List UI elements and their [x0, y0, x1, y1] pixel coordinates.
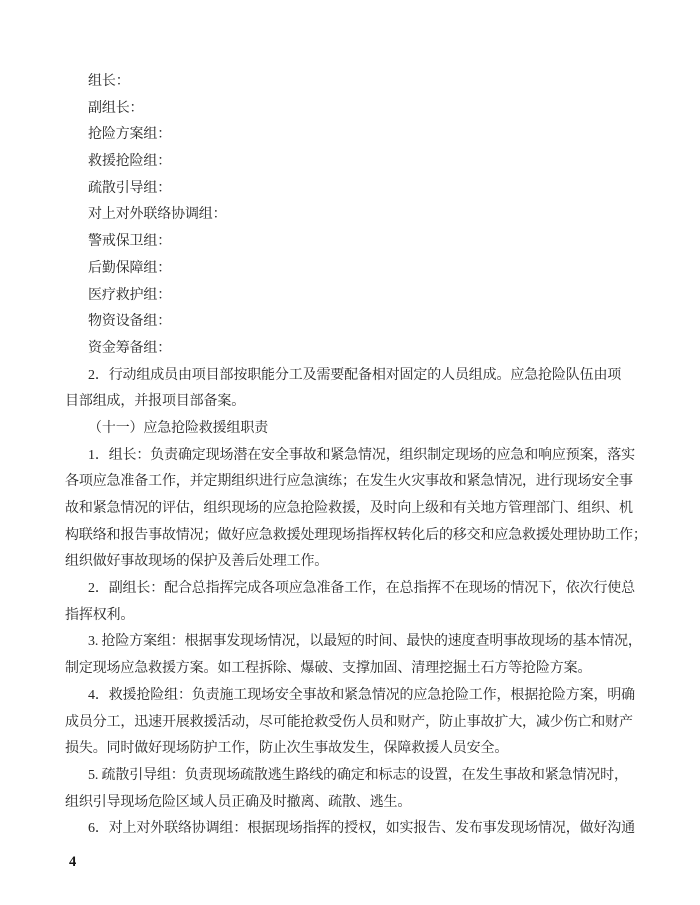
roster-line: 警戒保卫组：: [65, 229, 643, 256]
document-line: 成员分工，迅速开展救援活动，尽可能抢救受伤人员和财产，防止事故扩大，减少伤亡和财…: [65, 710, 643, 737]
roster-line: 抢险方案组：: [65, 122, 643, 149]
roster-line: 后勤保障组：: [65, 256, 643, 283]
section-heading: （十一）应急抢险救援组职责: [65, 416, 643, 443]
document-line: 4．救援抢险组：负责施工现场安全事故和紧急情况的应急抢险工作，根据抢险方案，明确: [65, 683, 643, 710]
roster-line: 医疗救护组：: [65, 283, 643, 310]
document-line: 3. 抢险方案组：根据事发现场情况，以最短的时间、最快的速度查明事故现场的基本情…: [65, 629, 643, 656]
document-line: 各项应急准备工作，并定期组织进行应急演练；在发生火灾事故和紧急情况，进行现场安全…: [65, 469, 643, 496]
document-line: 故和紧急情况的评估，组织现场的应急抢险救援，及时向上级和有关地方管理部门、组织、…: [65, 496, 643, 523]
document-line: 2．副组长：配合总指挥完成各项应急准备工作，在总指挥不在现场的情况下，依次行使总: [65, 576, 643, 603]
roster-line: 副组长：: [65, 96, 643, 123]
document-line: 组织做好事故现场的保护及善后处理工作。: [65, 549, 643, 576]
roster-line: 物资设备组：: [65, 309, 643, 336]
roster-line: 对上对外联络协调组：: [65, 202, 643, 229]
document-line: 损失。同时做好现场防护工作，防止次生事故发生，保障救援人员安全。: [65, 736, 643, 763]
document-line: 组织引导现场危险区域人员正确及时撤离、疏散、逃生。: [65, 790, 643, 817]
roster-line: 组长：: [65, 69, 643, 96]
roster-line: 救援抢险组：: [65, 149, 643, 176]
document-line: 制定现场应急救援方案。如工程拆除、爆破、支撑加固、清理挖掘土石方等抢险方案。: [65, 656, 643, 683]
document-line: 6．对上对外联络协调组：根据现场指挥的授权，如实报告、发布事发现场情况，做好沟通: [65, 816, 643, 843]
document-line: 指挥权利。: [65, 603, 643, 630]
document-line: 5. 疏散引导组：负责现场疏散逃生路线的确定和标志的设置，在发生事故和紧急情况时…: [65, 763, 643, 790]
document-page: 组长：副组长：抢险方案组：救援抢险组：疏散引导组：对上对外联络协调组：警戒保卫组…: [0, 0, 700, 905]
roster-line: 疏散引导组：: [65, 176, 643, 203]
document-line: 1．组长：负责确定现场潜在安全事故和紧急情况，组织制定现场的应急和响应预案，落实: [65, 443, 643, 470]
document-body: 组长：副组长：抢险方案组：救援抢险组：疏散引导组：对上对外联络协调组：警戒保卫组…: [65, 69, 643, 843]
document-line: 2．行动组成员由项目部按职能分工及需要配备相对固定的人员组成。应急抢险队伍由项: [65, 363, 643, 390]
roster-line: 资金筹备组：: [65, 336, 643, 363]
document-line: 目部组成，并报项目部备案。: [65, 389, 643, 416]
document-line: 构联络和报告事故情况；做好应急救援处理现场指挥权转化后的移交和应急救援处理协助工…: [65, 523, 643, 550]
page-number: 4: [69, 852, 76, 872]
